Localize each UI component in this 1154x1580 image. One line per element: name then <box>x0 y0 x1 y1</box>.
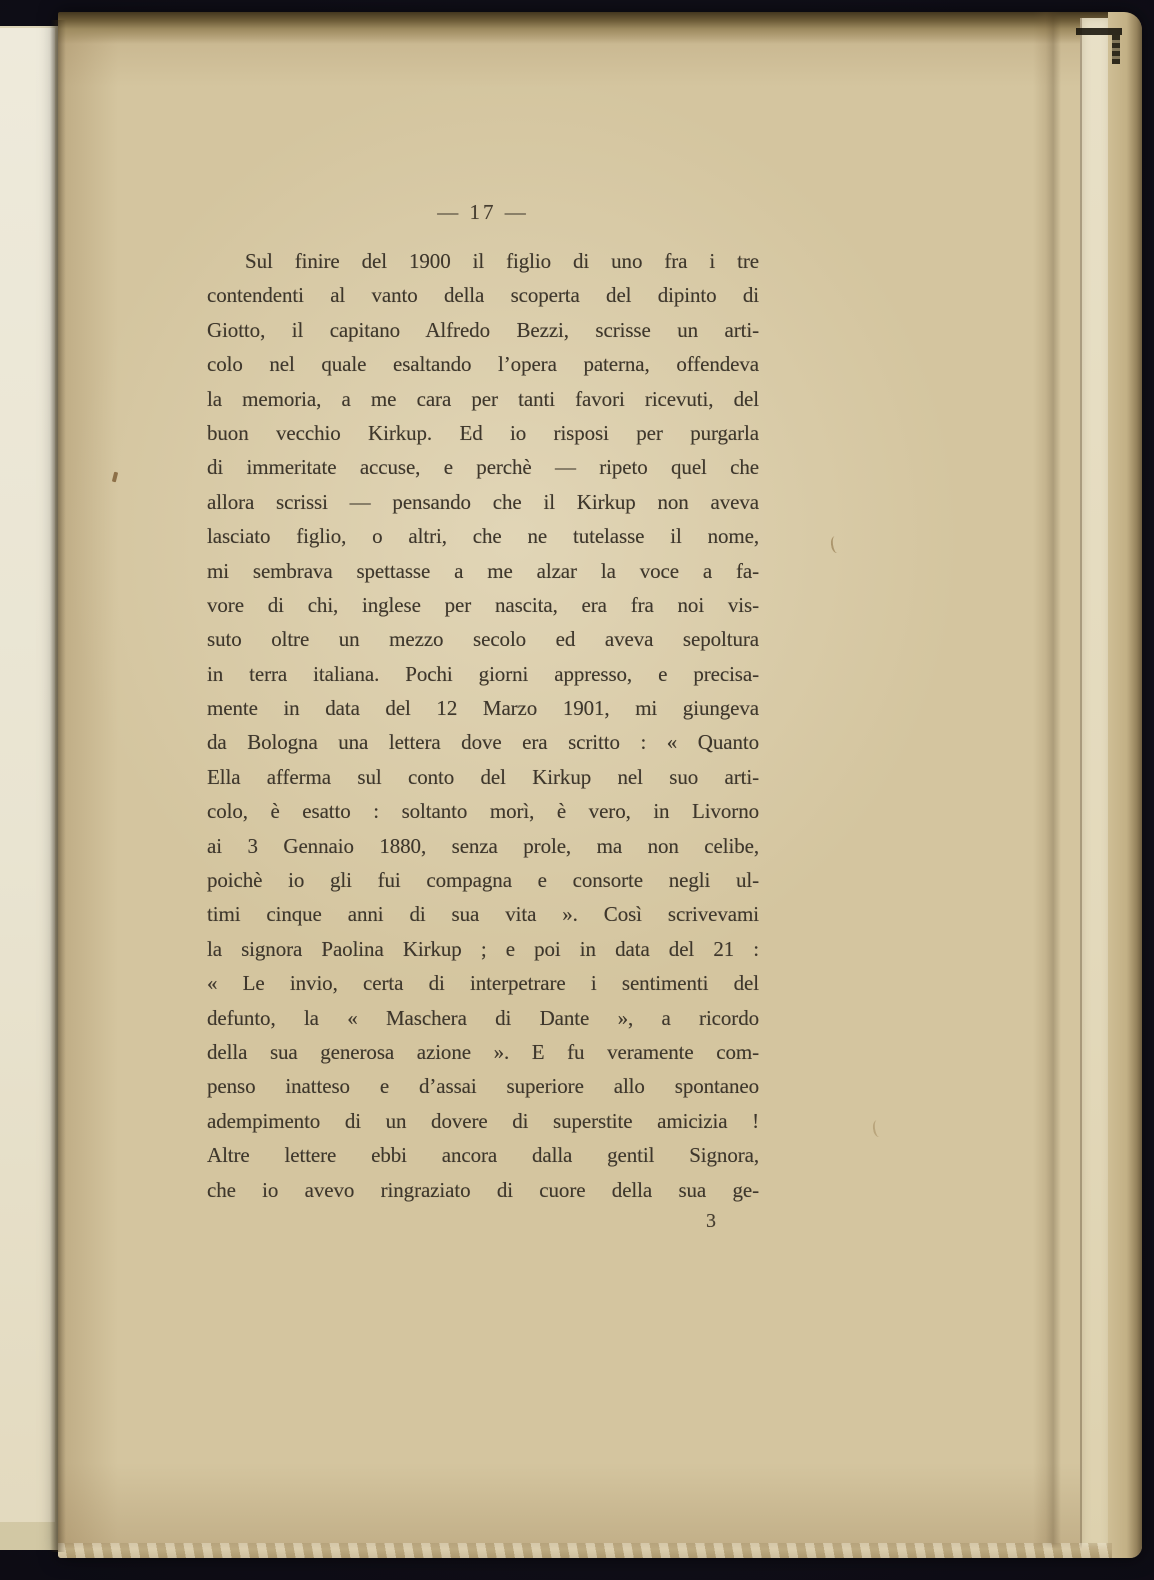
text-line: « Le invio, certa di interpetrare i sent… <box>207 966 759 1000</box>
text-line: Giotto, il capitano Alfredo Bezzi, scris… <box>207 313 759 347</box>
text-line: colo nel quale esaltando l’opera paterna… <box>207 347 759 381</box>
scan-artifact <box>872 1119 884 1137</box>
corner-mark <box>1076 28 1122 35</box>
text-line: timi cinque anni di sua vita ». Così scr… <box>207 897 759 931</box>
scan-artifact <box>112 472 118 483</box>
text-line: contendenti al vanto della scoperta del … <box>207 278 759 312</box>
text-line: mi sembrava spettasse a me alzar la voce… <box>207 554 759 588</box>
text-line: Ella afferma sul conto del Kirkup nel su… <box>207 760 759 794</box>
text-line: penso inatteso e d’assai superiore allo … <box>207 1069 759 1103</box>
text-line: la signora Paolina Kirkup ; e poi in dat… <box>207 932 759 966</box>
text-line: che io avevo ringraziato di cuore della … <box>207 1173 759 1207</box>
text-line: ai 3 Gennaio 1880, senza prole, ma non c… <box>207 829 759 863</box>
text-line: in terra italiana. Pochi giorni appresso… <box>207 657 759 691</box>
text-line: vore di chi, inglese per nascita, era fr… <box>207 588 759 622</box>
text-line: mente in data del 12 Marzo 1901, mi giun… <box>207 691 759 725</box>
corner-mark <box>1112 35 1120 64</box>
text-line: adempimento di un dovere di superstite a… <box>207 1104 759 1138</box>
text-line: Sul finire del 1900 il figlio di uno fra… <box>207 244 759 278</box>
body-text: Sul finire del 1900 il figlio di uno fra… <box>207 244 759 1207</box>
scan-artifact <box>830 535 842 553</box>
text-line: allora scrissi — pensando che il Kirkup … <box>207 485 759 519</box>
page-edge-stack <box>1080 18 1111 1550</box>
text-line: di immeritate accuse, e perchè — ripeto … <box>207 450 759 484</box>
scanned-book-photo: { "photo": { "background_color": "#0d0c1… <box>0 0 1154 1580</box>
text-line: lasciato figlio, o altri, che ne tutelas… <box>207 519 759 553</box>
cover-edge <box>1108 12 1142 1558</box>
signature-mark: 3 <box>656 1210 766 1233</box>
text-line: da Bologna una lettera dove era scritto … <box>207 725 759 759</box>
text-line: Altre lettere ebbi ancora dalla gentil S… <box>207 1138 759 1172</box>
text-line: buon vecchio Kirkup. Ed io risposi per p… <box>207 416 759 450</box>
page-crease <box>1033 12 1061 1558</box>
book-page: — 17 — Sul finire del 1900 il figlio di … <box>58 12 1142 1558</box>
facing-page-edge <box>0 28 55 1522</box>
text-line: colo, è esatto : soltanto morì, è vero, … <box>207 794 759 828</box>
page-number-header: — 17 — <box>207 200 759 225</box>
text-line: la memoria, a me cara per tanti favori r… <box>207 382 759 416</box>
photo-background: — 17 — Sul finire del 1900 il figlio di … <box>0 0 1154 1580</box>
text-line: della sua generosa azione ». E fu verame… <box>207 1035 759 1069</box>
deckle-bottom-edge <box>58 1543 1112 1558</box>
text-line: defunto, la « Maschera di Dante », a ric… <box>207 1001 759 1035</box>
text-line: suto oltre un mezzo secolo ed aveva sepo… <box>207 622 759 656</box>
text-line: poichè io gli fui compagna e consorte ne… <box>207 863 759 897</box>
